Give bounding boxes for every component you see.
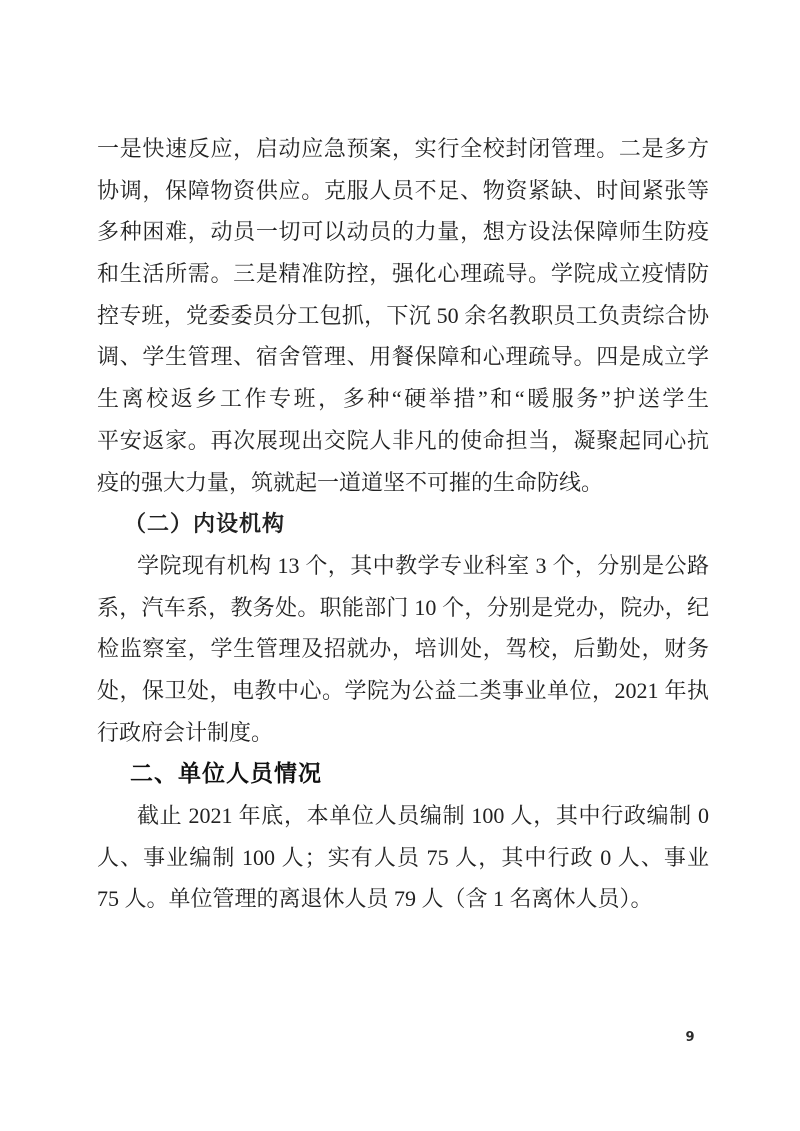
body-line: 人、事业编制 100 人；实有人员 75 人，其中行政 0 人、事业 [97, 837, 709, 879]
page-number: 9 [680, 1030, 700, 1045]
body-line: 和生活所需。三是精准防控，强化心理疏导。学院成立疫情防 [97, 253, 709, 295]
document-page: 一是快速反应，启动应急预案，实行全校封闭管理。二是多方 协调，保障物资供应。克服… [0, 0, 800, 1131]
body-line: 疫的强大力量，筑就起一道道坚不可摧的生命防线。 [97, 462, 709, 504]
body-line: 一是快速反应，启动应急预案，实行全校封闭管理。二是多方 [97, 128, 709, 170]
body-line: 控专班，党委委员分工包抓，下沉 50 余名教职员工负责综合协 [97, 295, 709, 337]
body-line: 平安返家。再次展现出交院人非凡的使命担当，凝聚起同心抗 [97, 420, 709, 462]
body-line: 生离校返乡工作专班，多种“硬举措”和“暖服务”护送学生 [97, 378, 709, 420]
body-line: 调、学生管理、宿舍管理、用餐保障和心理疏导。四是成立学 [97, 336, 709, 378]
body-line: 协调，保障物资供应。克服人员不足、物资紧缺、时间紧张等 [97, 170, 709, 212]
text-block: 一是快速反应，启动应急预案，实行全校封闭管理。二是多方 协调，保障物资供应。克服… [97, 128, 709, 920]
body-line: 处，保卫处，电教中心。学院为公益二类事业单位，2021 年执 [97, 670, 709, 712]
section-heading-personnel: 二、单位人员情况 [97, 753, 709, 795]
body-line: 多种困难，动员一切可以动员的力量，想方设法保障师生防疫 [97, 211, 709, 253]
body-line: 学院现有机构 13 个，其中教学专业科室 3 个，分别是公路 [97, 545, 709, 587]
body-line: 截止 2021 年底，本单位人员编制 100 人，其中行政编制 0 [97, 795, 709, 837]
body-line: 行政府会计制度。 [97, 712, 709, 754]
body-line: 75 人。单位管理的离退休人员 79 人（含 1 名离休人员）。 [97, 878, 709, 920]
section-heading-internal-structure: （二）内设机构 [97, 503, 709, 545]
body-line: 检监察室，学生管理及招就办，培训处，驾校，后勤处，财务 [97, 628, 709, 670]
body-line: 系，汽车系，教务处。职能部门 10 个，分别是党办，院办，纪 [97, 587, 709, 629]
